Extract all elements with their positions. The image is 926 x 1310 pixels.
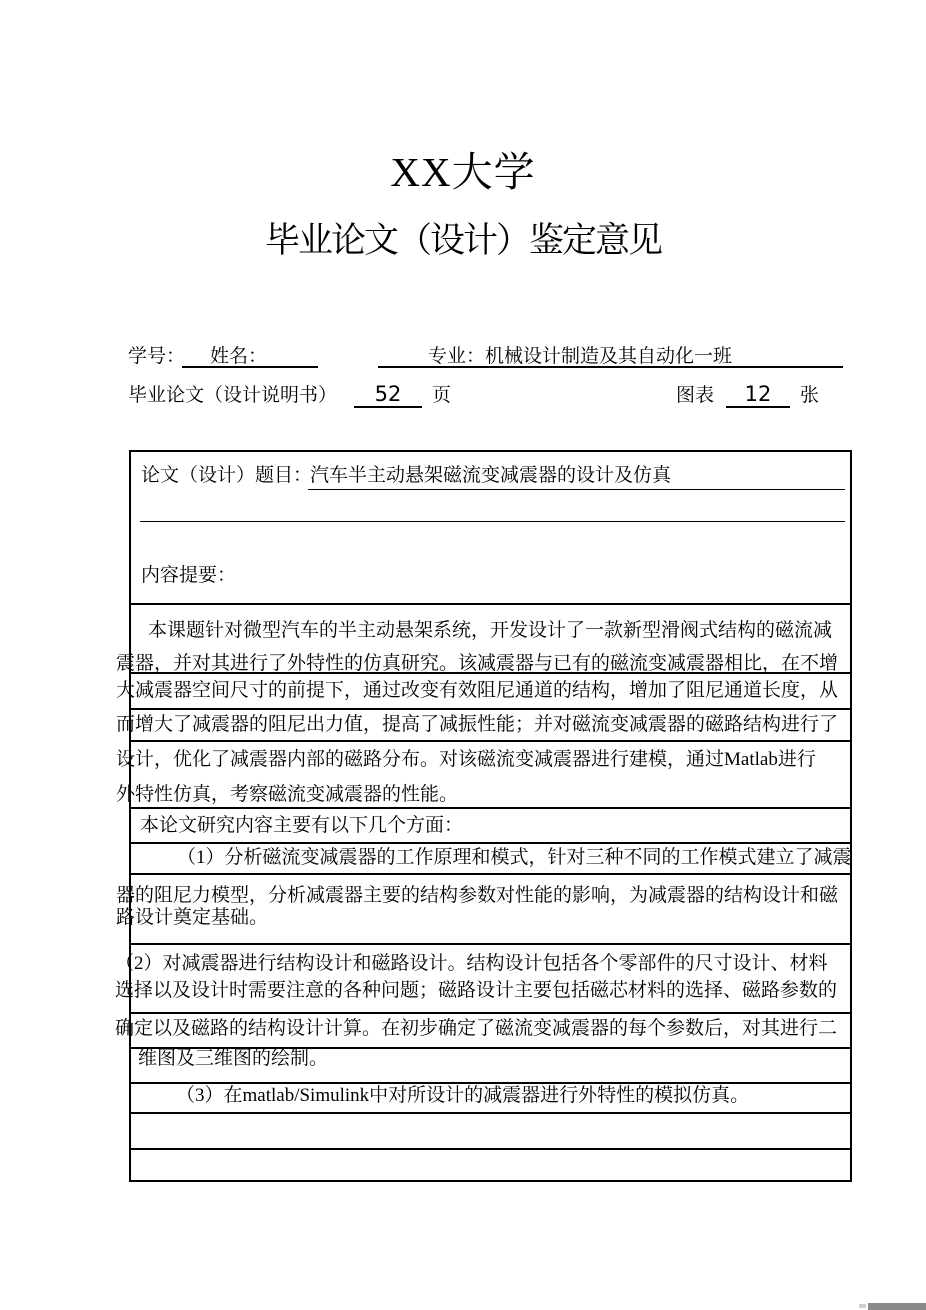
name-label: 姓名：	[210, 345, 267, 369]
page-edge-dot	[859, 1304, 866, 1308]
topic-label: 论文（设计）题目：	[141, 463, 312, 488]
summary-line: 本课题针对微型汽车的半主动悬架系统，开发设计了一款新型滑阀式结构的磁流减	[148, 618, 832, 643]
row-divider	[131, 842, 850, 844]
summary-line: 外特性仿真，考察磁流变减震器的性能。	[116, 782, 458, 807]
major-label: 专业：	[428, 346, 485, 367]
summary-line: 大减震器空间尺寸的前提下，通过改变有效阻尼通道的结构，增加了阻尼通道长度，从	[116, 678, 838, 703]
evaluation-table: 论文（设计）题目： 汽车半主动悬架磁流变减震器的设计及仿真 内容提要： 本课题针…	[129, 450, 852, 1182]
row-divider	[131, 708, 850, 710]
student-id-label: 学号：	[128, 345, 185, 369]
document-title: 毕业论文（设计）鉴定意见	[0, 213, 926, 263]
row-divider	[131, 1148, 850, 1150]
booklet-label: 毕业论文（设计说明书）	[128, 384, 337, 408]
topic-underline	[308, 489, 845, 490]
summary-line: 路设计奠定基础。	[116, 905, 268, 930]
pages-blank	[354, 406, 422, 408]
major-value: 机械设计制造及其自动化一班	[485, 346, 732, 367]
major-field: 专业：机械设计制造及其自动化一班	[428, 345, 732, 369]
summary-line: 设计，优化了减震器内部的磁路分布。对该磁流变减震器进行建模，通过Matlab进行	[116, 747, 816, 772]
row-divider	[131, 807, 850, 809]
row-divider	[131, 1012, 850, 1014]
summary-line: 维图及三维图的绘制。	[138, 1046, 328, 1071]
row-divider	[131, 873, 850, 875]
row-divider	[131, 603, 850, 605]
figures-blank	[726, 406, 790, 408]
summary-line: （1）分析磁流变减震器的工作原理和模式，针对三种不同的工作模式建立了减震	[177, 845, 852, 870]
pages-unit: 页	[432, 384, 451, 408]
figures-unit: 张	[800, 384, 819, 408]
topic-value: 汽车半主动悬架磁流变减震器的设计及仿真	[310, 463, 671, 488]
summary-label: 内容提要：	[141, 563, 236, 588]
summary-line: （3）在matlab/Simulink中对所设计的减震器进行外特性的模拟仿真。	[176, 1083, 749, 1108]
summary-line: 本论文研究内容主要有以下几个方面：	[140, 813, 463, 838]
topic-blank-underline	[140, 521, 845, 522]
university-title: XX大学	[0, 139, 926, 198]
figures-label: 图表	[676, 384, 714, 408]
summary-line: 确定以及磁路的结构设计计算。在初步确定了磁流变减震器的每个参数后，对其进行二	[115, 1016, 837, 1041]
row-divider	[131, 740, 850, 742]
page-edge-bar	[868, 1303, 926, 1310]
summary-line: 选择以及设计时需要注意的各种问题；磁路设计主要包括磁芯材料的选择、磁路参数的	[115, 978, 837, 1003]
summary-line: 震器，并对其进行了外特性的仿真研究。该减震器与已有的磁流变减震器相比，在不增	[116, 651, 838, 676]
summary-line: （2）对减震器进行结构设计和磁路设计。结构设计包括各个零部件的尺寸设计、材料	[115, 951, 828, 976]
row-divider	[131, 943, 850, 945]
row-divider	[131, 1112, 850, 1114]
summary-line: 而增大了减震器的阻尼出力值，提高了减振性能；并对磁流变减震器的磁路结构进行了	[116, 712, 838, 737]
pages-value: 52	[354, 382, 422, 406]
figures-value: 12	[726, 382, 790, 406]
